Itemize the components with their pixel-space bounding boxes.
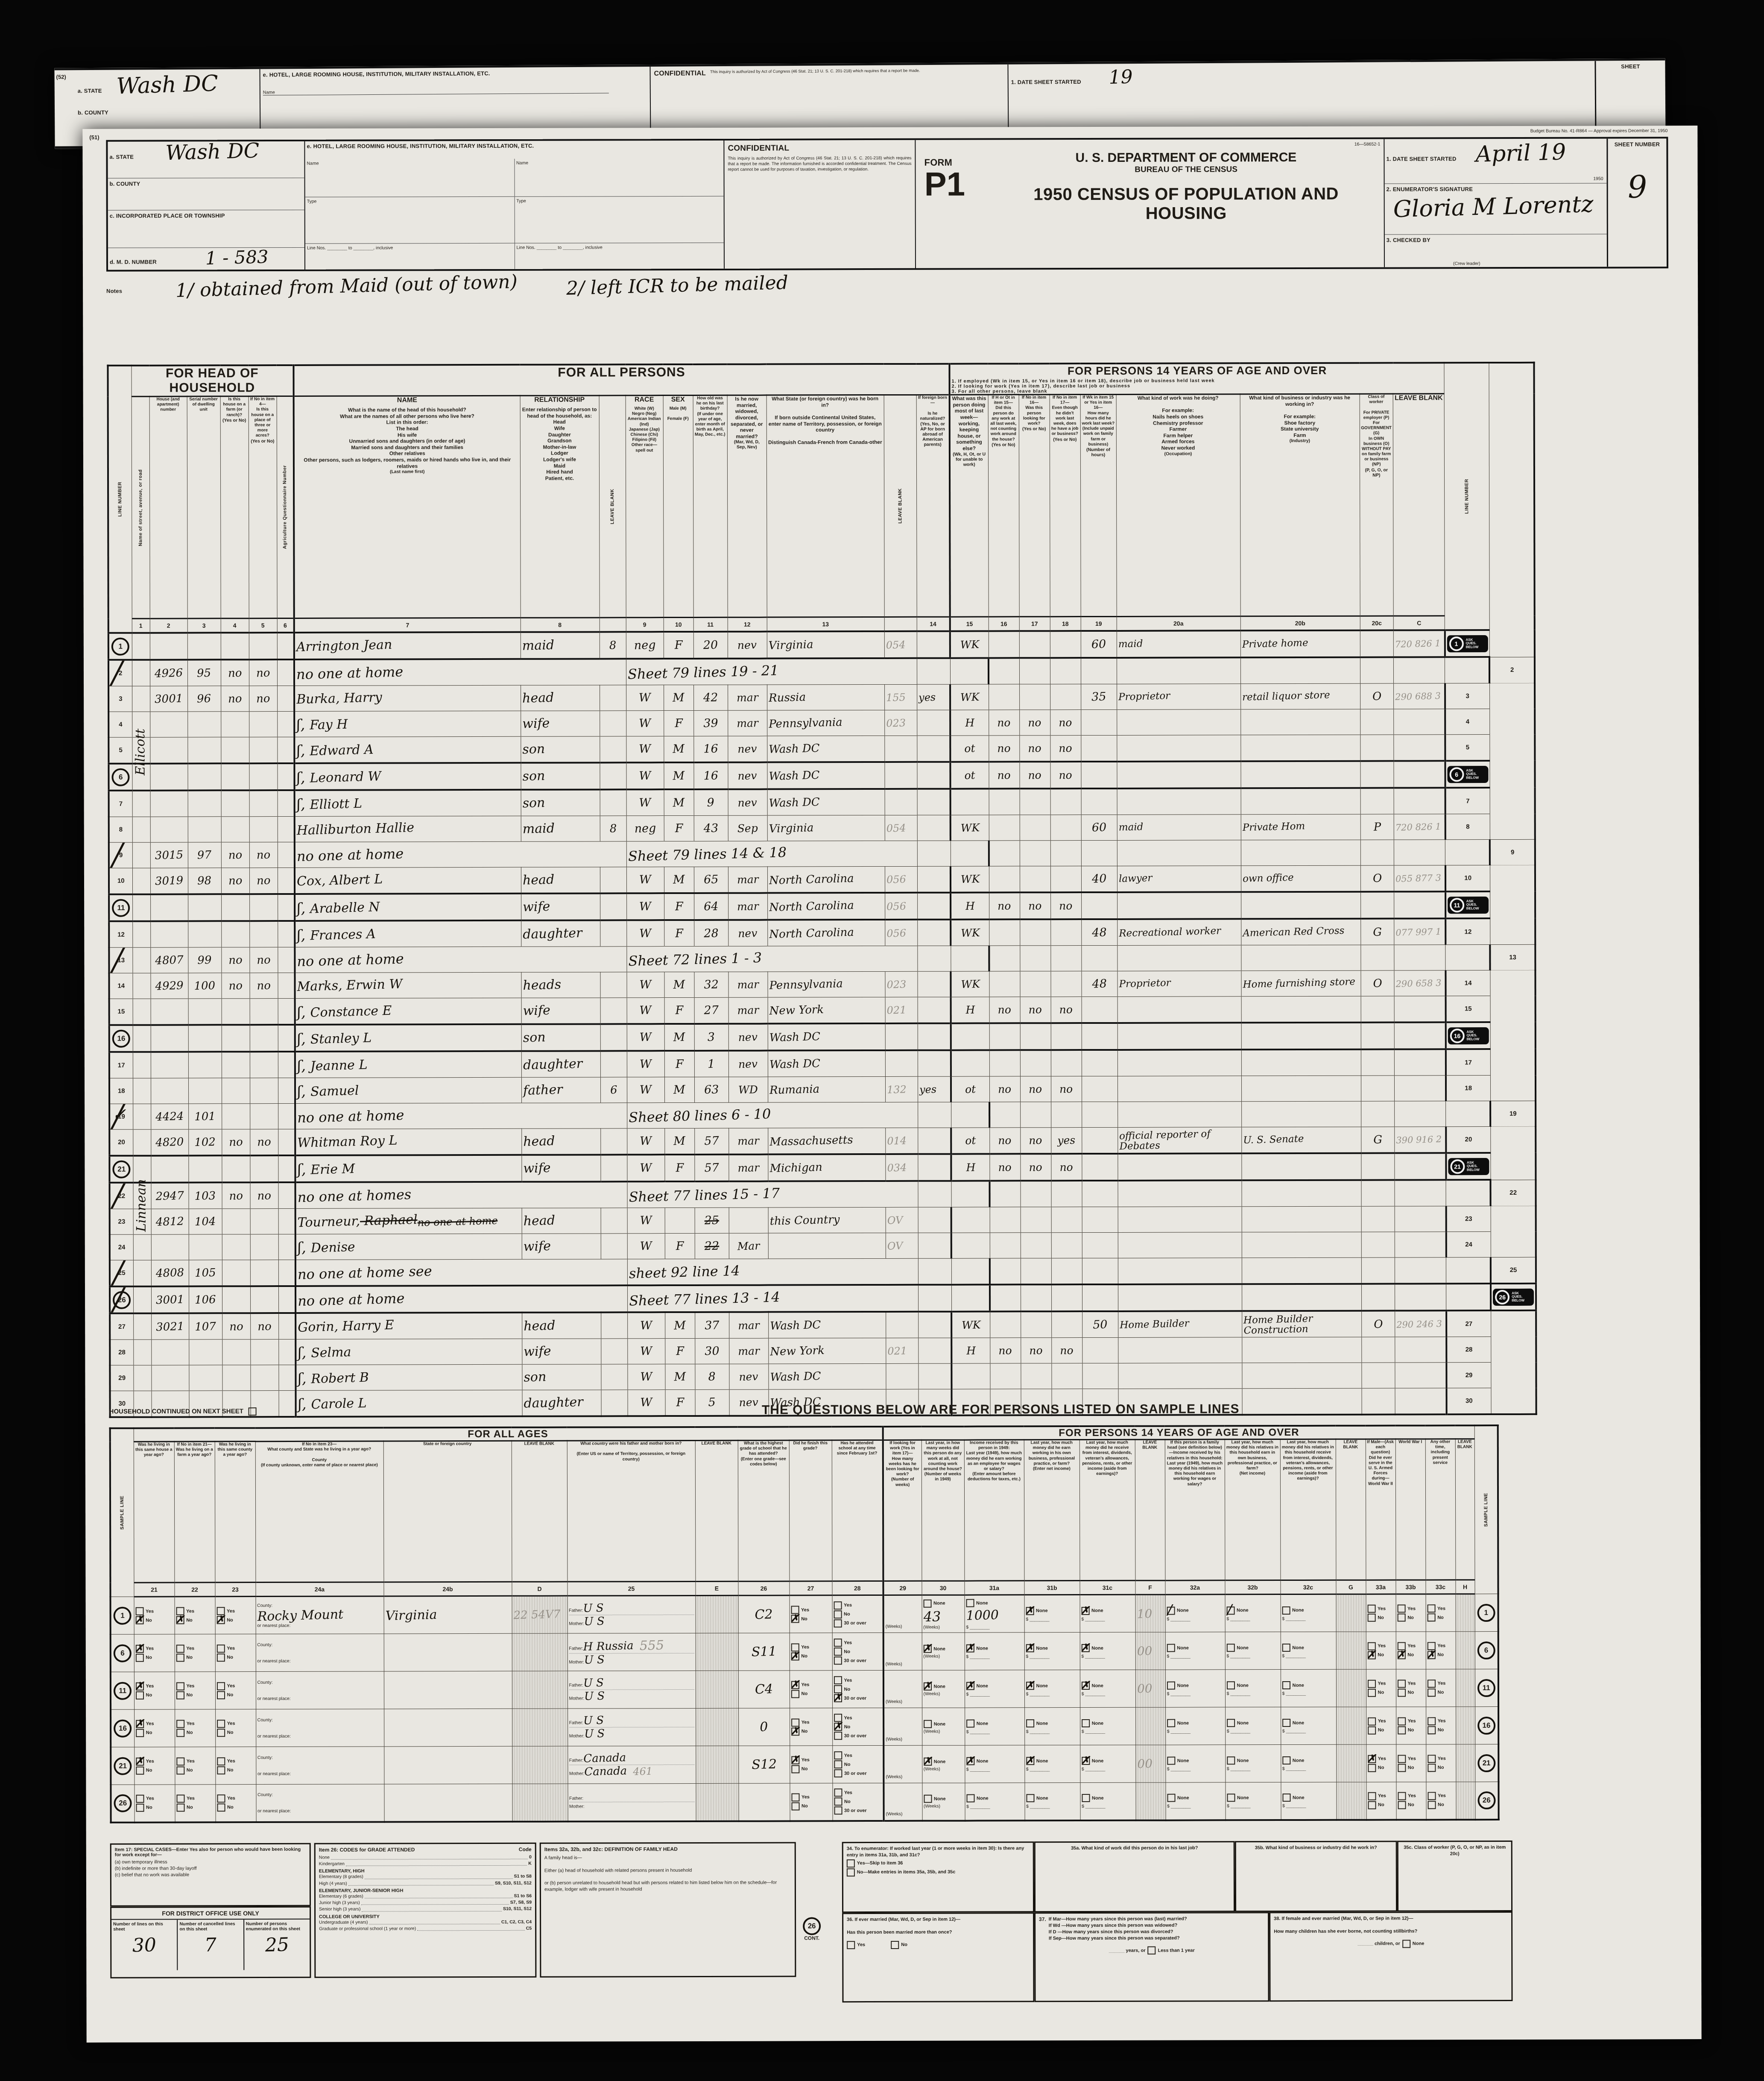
- q21-cell: YesNo: [134, 1709, 175, 1747]
- checkbox-30-or-over: [834, 1619, 842, 1627]
- handwritten-value: U S: [583, 1677, 604, 1690]
- sex-cell: M: [664, 1128, 694, 1155]
- grade-cell: S12: [738, 1746, 790, 1783]
- table-row: 18ʃ, Samuelfather6WM63WDRumania132yesotn…: [109, 1075, 1536, 1104]
- person-name: Gorin, Harry E: [298, 1318, 394, 1335]
- sex-cell: F: [664, 710, 693, 736]
- street-name-text: Ellicott: [133, 729, 148, 776]
- handwritten-value: U S: [584, 1727, 605, 1741]
- date-started-value: April 19: [1475, 139, 1566, 167]
- county-cell: County:or nearest place:: [256, 1709, 384, 1747]
- handwritten-value: 1: [708, 1058, 715, 1071]
- code-a-cell: [600, 1128, 627, 1155]
- acres-cell: [250, 1025, 278, 1052]
- checkbox-no: [135, 1653, 143, 1662]
- q21-cell: YesNo: [134, 1785, 175, 1822]
- handwritten-value: no: [998, 769, 1011, 782]
- finished-grade-cell: YesNo: [790, 1783, 832, 1821]
- worked-cell: no: [989, 710, 1019, 736]
- looking-cell: no: [1020, 1128, 1051, 1154]
- occupation-cell: Home Builder: [1118, 1311, 1242, 1337]
- farm-cell: [222, 1104, 250, 1129]
- agq-cell: [278, 1234, 295, 1260]
- worked-cell: [989, 866, 1020, 893]
- serial-cell: 107: [189, 1313, 222, 1339]
- hasjob-cell: no: [1051, 1076, 1082, 1102]
- relationship-cell: wife: [521, 711, 600, 736]
- looking-cell: [1020, 919, 1050, 946]
- looking-cell: [1020, 1050, 1051, 1076]
- checkbox-yes: [1397, 1604, 1405, 1612]
- scanned-1950-census-document: { "prev": { "label": "(52)", "state_labe…: [0, 0, 1764, 2081]
- item36-yes-label: Yes: [857, 1942, 865, 1947]
- bureau-title: BUREAU OF THE CENSUS: [992, 165, 1380, 175]
- handwritten-value: W: [639, 1004, 652, 1017]
- doing-cell: H: [951, 893, 989, 920]
- handwritten-value: W: [639, 978, 652, 992]
- marital-cell: nev: [728, 1051, 768, 1077]
- place-label: c. INCORPORATED PLACE OR TOWNSHIP: [110, 212, 225, 219]
- doing-cell: ot: [950, 762, 989, 789]
- age-cell: 63: [694, 1077, 728, 1102]
- hasjob-cell: [1051, 1023, 1082, 1050]
- handwritten-value: WD: [738, 1083, 758, 1096]
- handwritten-value: F: [675, 1004, 684, 1017]
- class-of-worker-cell: [1395, 1101, 1446, 1127]
- sample-question-q28: Has he attended school at any time since…: [832, 1440, 883, 1581]
- handwritten-value: retail liquor store: [1242, 690, 1330, 703]
- sample-line-number: 6: [111, 1634, 134, 1672]
- checkbox-yes: [1398, 1755, 1406, 1763]
- leave-blank-f-cell: [1135, 1707, 1165, 1745]
- section-for-all-ages: FOR ALL AGES: [134, 1427, 883, 1442]
- line-number-right-cell: 23: [1446, 1206, 1491, 1232]
- item34-box: 34. To enumerator: If worked last year (…: [842, 1841, 1034, 1913]
- other-service-cell: YesNo: [1426, 1669, 1456, 1707]
- code-a-cell: [600, 920, 626, 947]
- sheet-label: (51): [89, 134, 99, 141]
- district-col-label: Number of lines on this sheet: [113, 1922, 175, 1932]
- serial-cell: [188, 894, 221, 921]
- handwritten-value: no: [257, 979, 271, 992]
- handwritten-value: Wash DC: [769, 1318, 821, 1332]
- birthplace-cell: Wash DC: [768, 1364, 886, 1390]
- name-cell: ʃ, Arabelle N: [295, 894, 521, 921]
- line-number-right-cell: 24: [1446, 1232, 1491, 1257]
- handwritten-value: W: [639, 873, 652, 887]
- district-col-2: Number of persons enumerated on this she…: [244, 1920, 310, 1970]
- item35a-box: 35a. What kind of work did this person d…: [1034, 1841, 1235, 1912]
- worked-cell: no: [990, 1338, 1021, 1363]
- name-text: Frances A: [310, 926, 376, 943]
- doing-cell: H: [951, 997, 989, 1023]
- house-cell: [150, 763, 187, 790]
- handwritten-value: M: [673, 796, 685, 810]
- agq-cell: [278, 1339, 295, 1365]
- county-label: b. COUNTY: [110, 181, 140, 187]
- column-number-serial: 3: [187, 618, 221, 633]
- finished-grade-cell: YesNo: [790, 1595, 832, 1633]
- looking-cell: [1019, 684, 1050, 710]
- no-one-at-home-note: no one at home: [295, 947, 626, 973]
- acres-cell: [250, 1155, 278, 1182]
- sex-cell: M: [664, 789, 694, 816]
- line-number-right-cell: 11ASK QUES. BELOW: [1445, 891, 1490, 918]
- hasjob-cell: [1050, 684, 1081, 710]
- table-row: 144929100nonoMarks, Erwin WheadsWM32marP…: [109, 970, 1535, 999]
- column-question-foot: (Occupation): [1164, 451, 1192, 456]
- hasjob-cell: no: [1051, 1154, 1082, 1181]
- ask-questions-below-stamp: 1ASK QUES. BELOW: [1447, 635, 1488, 652]
- sample-number-q30: 30: [921, 1581, 964, 1595]
- line-number-cell: 25╱: [110, 1260, 133, 1287]
- column-question-serial: Serial number of dwelling unit: [187, 396, 221, 618]
- acres-cell: [249, 921, 278, 947]
- column-question-occ: What kind of work was he doing? For exam…: [1116, 394, 1240, 617]
- handwritten-value: 4812: [155, 1215, 184, 1228]
- name-cell: ʃ, Denise: [295, 1234, 522, 1260]
- name-cell: Whitman Roy L: [295, 1128, 521, 1155]
- race-cell: W: [626, 685, 664, 711]
- leave-blank-d-cell: 22 54V7: [512, 1596, 568, 1633]
- house-cell: 4424: [151, 1104, 188, 1129]
- sample-question-H: LEAVE BLANK: [1455, 1439, 1475, 1580]
- handwritten-value: 023: [886, 717, 906, 729]
- relatives-business-cell: None$ ________: [1225, 1782, 1281, 1820]
- hasjob-cell: no: [1051, 997, 1082, 1023]
- checkbox-no: [1368, 1726, 1376, 1734]
- handwritten-value: mar: [737, 873, 758, 886]
- prev-state-label: a. STATE: [78, 88, 102, 94]
- industry-cell: [1360, 657, 1394, 684]
- q23-cell: YesNo: [215, 1597, 256, 1634]
- item37-number: 37.: [1039, 1916, 1046, 1941]
- handwritten-value: 20: [703, 638, 718, 652]
- handwritten-value: wife: [522, 899, 550, 915]
- other-service-cell: YesNo: [1426, 1744, 1456, 1782]
- relationship-cell: head: [521, 1128, 600, 1155]
- handwritten-value: no: [1029, 1083, 1042, 1096]
- line-number-right-cell: 26ASK QUES. BELOW: [1491, 1284, 1536, 1310]
- sex-cell: F: [664, 920, 694, 947]
- person-name: ʃ, Erie M: [297, 1159, 355, 1178]
- leave-blank-e-cell: [696, 1746, 738, 1783]
- checkbox-yes: [1428, 1792, 1436, 1800]
- line-number-cell: 28: [110, 1339, 133, 1365]
- marital-cell: nev: [728, 1024, 768, 1051]
- handwritten-value: 6: [610, 1084, 617, 1096]
- looking-cell: no: [1021, 1338, 1051, 1363]
- code-c-cell: [1445, 657, 1490, 683]
- person-name: ʃ, Samuel: [297, 1081, 359, 1100]
- handwritten-value: no: [1059, 900, 1073, 912]
- code-b-cell: 054: [884, 631, 917, 658]
- handwritten-value: New York: [769, 1344, 824, 1358]
- class-of-worker-cell: [1395, 1284, 1446, 1310]
- name-text: Whitman Roy L: [297, 1133, 398, 1151]
- handwritten-value: wife: [523, 1239, 551, 1254]
- naturalized-cell: [917, 631, 950, 658]
- marital-cell: nev: [728, 789, 767, 816]
- farm-cell: [221, 790, 249, 817]
- looking-cell: [1019, 631, 1050, 658]
- finished-grade-cell: YesNo: [790, 1746, 832, 1783]
- race-cell: W: [627, 1155, 664, 1181]
- column-number-a: [600, 618, 626, 632]
- other-service-cell: YesNo: [1426, 1594, 1456, 1632]
- checkbox-no: [1427, 1651, 1435, 1659]
- checkbox-no: [136, 1729, 144, 1737]
- checkbox-no: [135, 1691, 143, 1699]
- leave-blank-d-cell: [512, 1746, 568, 1784]
- handwritten-value: no: [229, 1135, 243, 1149]
- note-line-2: 2/ left ICR to be mailed: [566, 272, 788, 299]
- code-c-cell: 290 246 3: [1395, 1310, 1446, 1337]
- code-c-cell: [1394, 709, 1445, 735]
- sample-question-q27: Did he finish this grade?: [789, 1440, 832, 1581]
- naturalized-cell: [918, 1154, 951, 1181]
- looking-cell: [1020, 866, 1050, 893]
- checkbox-yes: [176, 1644, 184, 1653]
- column-number-d18: 18: [1050, 617, 1081, 631]
- handwritten-value: no: [257, 1135, 271, 1149]
- sheet-number-label: SHEET NUMBER: [1610, 141, 1664, 147]
- codes-row: Elementary (8 grades)S1 to S8: [319, 1873, 532, 1880]
- no-one-at-home-note: no one at home: [294, 659, 626, 686]
- naturalized-cell: [951, 841, 989, 866]
- ditto-flourish: ʃ,: [297, 926, 310, 944]
- farm-cell: no: [222, 1129, 250, 1156]
- handwritten-value: W: [640, 1083, 652, 1097]
- acres-cell: [249, 712, 277, 737]
- handwritten-value: no: [998, 900, 1011, 912]
- code-c-cell: [1395, 1153, 1446, 1180]
- age-cell: 39: [693, 710, 728, 736]
- handwritten-value: 014: [886, 1134, 907, 1147]
- codes-row: Undergraduate (4 years)C1, C2, C3, C4: [319, 1919, 532, 1926]
- code-b-cell: 132: [885, 1076, 918, 1102]
- code-c-cell: [1394, 735, 1445, 761]
- column-question-text: Serial number of dwelling unit: [188, 397, 219, 413]
- handwritten-value: no: [1059, 716, 1072, 729]
- checkbox-yes: [834, 1601, 842, 1609]
- parents-birthplace-cell: Father:U SMother:U S: [568, 1595, 696, 1633]
- handwritten-value: 077 997 1: [1395, 926, 1441, 938]
- hours-cell: [1081, 709, 1117, 735]
- doing-cell: ot: [951, 1076, 989, 1102]
- worked-cell: [989, 631, 1019, 658]
- column-question-foot: (Industry): [1290, 438, 1310, 443]
- handwritten-value: 021: [887, 1345, 907, 1357]
- line26-cont-ring: 26: [803, 1917, 821, 1935]
- sample-question-b32: Last year, how much money did his relati…: [1225, 1439, 1281, 1580]
- handwritten-value: Sheet 77 lines 15 - 17: [629, 1185, 780, 1205]
- sample-number-F: F: [1135, 1580, 1165, 1594]
- column-number-d15: 15: [950, 617, 989, 631]
- handwritten-value: no: [1028, 742, 1041, 755]
- doing-cell: WK: [951, 815, 989, 841]
- line-number-right-cell: 21ASK QUES. BELOW: [1446, 1153, 1491, 1180]
- ditto-flourish: ʃ,: [296, 769, 310, 786]
- sex-cell: F: [664, 815, 694, 841]
- handwritten-value: 8: [708, 1370, 716, 1383]
- sex-cell: M: [665, 1364, 695, 1389]
- handwritten-value: U S: [583, 1714, 604, 1727]
- column-question-ind: What kind of business or industry was he…: [1240, 394, 1360, 616]
- sample-line-number: 21: [111, 1747, 134, 1785]
- column-question-text: What kind of business or industry was he…: [1241, 395, 1358, 439]
- handwritten-value: head: [523, 1213, 555, 1229]
- handwritten-value: no one at home: [296, 663, 404, 683]
- ask-questions-below-stamp: 11ASK QUES. BELOW: [1448, 897, 1489, 914]
- class-of-worker-cell: [1360, 892, 1394, 919]
- sample-line-ring: 16: [112, 1029, 130, 1047]
- handwritten-value: W: [639, 1031, 652, 1044]
- leave-blank-h-cell: [1456, 1707, 1475, 1744]
- handwritten-value: Sep: [737, 822, 758, 835]
- sample-question-b31: Last year, how much money did he earn wo…: [1024, 1440, 1080, 1581]
- relatives-other-income-cell: None$ ________: [1281, 1632, 1336, 1669]
- handwritten-value: no: [1059, 1083, 1073, 1096]
- column-number-occ: 20a: [1117, 616, 1240, 631]
- handwritten-value: 021: [886, 1004, 907, 1016]
- code-a-cell: [600, 998, 627, 1024]
- serial-cell: 100: [188, 973, 221, 999]
- handwritten-value: C4: [755, 1682, 773, 1697]
- acres-cell: no: [250, 1182, 278, 1209]
- handwritten-value: no: [1059, 1003, 1073, 1016]
- industry-cell: [1241, 996, 1361, 1023]
- q23-cell: YesNo: [215, 1747, 256, 1785]
- handwritten-value: no: [1028, 769, 1042, 782]
- handwritten-value: no: [997, 716, 1011, 729]
- handwritten-value: W: [639, 691, 651, 705]
- section-14-notes: 1. If employed (Wk in item 15, or Yes in…: [952, 378, 1443, 394]
- handwritten-value: wife: [523, 1003, 550, 1019]
- code-a-cell: [600, 711, 626, 736]
- line-number-right-cell: 28: [1446, 1337, 1491, 1363]
- handwritten-value: Wash DC: [770, 1369, 821, 1383]
- relatives-business-cell: None$ ________: [1225, 1670, 1281, 1707]
- handwritten-value: 27: [704, 1003, 719, 1017]
- code-c-cell: [1394, 996, 1445, 1023]
- county-cell: County:or nearest place:: [256, 1671, 384, 1709]
- handwritten-value: 8: [609, 639, 616, 652]
- code-b-cell: 056: [885, 893, 917, 920]
- handwritten-value: no: [256, 874, 270, 887]
- house-cell: [151, 1155, 188, 1182]
- weeks-looking-cell: (Weeks): [883, 1595, 922, 1633]
- sample-number-q23: 23: [215, 1583, 255, 1597]
- race-cell: W: [626, 736, 664, 763]
- leave-blank-f-cell: 00: [1135, 1632, 1165, 1670]
- hours-cell: [1081, 892, 1117, 919]
- checkbox-yes: [176, 1720, 184, 1728]
- person-name: ʃ, Fay H: [296, 715, 348, 733]
- column-question-text: If Wk in item 15 or Yes in item 16— How …: [1082, 395, 1115, 447]
- naturalized-cell: [918, 1023, 951, 1050]
- handwritten-value: no: [256, 666, 270, 680]
- code-a-cell: [600, 789, 626, 816]
- leave-blank-e-cell: [696, 1708, 738, 1746]
- naturalized-cell: [917, 789, 951, 815]
- hasjob-cell: [1050, 788, 1081, 815]
- acres-cell: [249, 894, 278, 921]
- code-c-cell: 290 658 3: [1394, 970, 1445, 996]
- worked-cell: no: [989, 997, 1020, 1023]
- ditto-flourish: ʃ,: [297, 1030, 310, 1048]
- handwritten-value: W: [640, 1370, 652, 1384]
- sample-line-number: 11: [111, 1672, 134, 1709]
- industry-cell: [1240, 761, 1360, 788]
- item17-box: Item 17: SPECIAL CASES—Enter Yes also fo…: [110, 1843, 311, 1907]
- code-b-cell: OV: [886, 1233, 918, 1258]
- code-b-cell: 155: [884, 684, 917, 710]
- notes-label: Notes: [106, 288, 122, 294]
- acres-cell: [250, 1234, 278, 1260]
- handwritten-value: 00: [1137, 1756, 1153, 1771]
- q21-cell: YesNo: [134, 1747, 175, 1785]
- looking-cell: no: [1020, 892, 1050, 919]
- prev-sheet-number-label: SHEET: [1598, 63, 1662, 70]
- sample-row: 6YesNoYesNoYesNoCounty:or nearest place:…: [111, 1632, 1498, 1672]
- acres-cell: no: [249, 659, 277, 686]
- handwritten-value: W: [639, 717, 651, 730]
- handwritten-value: M: [673, 1031, 685, 1044]
- birthplace-cell: North Carolina: [767, 867, 885, 893]
- handwritten-value: 16: [703, 742, 718, 756]
- ditto-flourish: ʃ,: [296, 742, 310, 759]
- sample-row: 26YesNoYesNoYesNoCounty:or nearest place…: [111, 1782, 1498, 1823]
- relationship-cell: head: [521, 685, 600, 711]
- farm-cell: [222, 1260, 250, 1287]
- finished-grade-cell: YesNo: [790, 1671, 832, 1708]
- handwritten-value: Canada: [584, 1764, 627, 1779]
- class-of-worker-cell: [1361, 1337, 1395, 1363]
- code-b-cell: OV: [886, 1207, 918, 1233]
- leave-blank-g-cell: [1336, 1744, 1366, 1782]
- cancel-mark: ╱: [111, 842, 127, 868]
- checkbox-no: [1368, 1764, 1376, 1772]
- industry-cell: [1240, 709, 1360, 735]
- code-b-cell: 021: [886, 1338, 918, 1363]
- wages-income-cell: None$ ________: [965, 1708, 1024, 1745]
- code-a-cell: [600, 1155, 627, 1181]
- farm-cell: no: [221, 659, 249, 686]
- code-b-cell: [886, 1312, 918, 1338]
- sample-question-c32: Last year, how much money did his relati…: [1280, 1439, 1336, 1580]
- checkbox-no: [216, 1653, 225, 1662]
- line-number-right-cell: 4: [1445, 709, 1490, 735]
- checkbox-yes: [1398, 1717, 1406, 1725]
- handwritten-value: W: [639, 742, 651, 756]
- handwritten-value: official reporter of Debates: [1119, 1128, 1240, 1152]
- sex-cell: M: [664, 685, 693, 710]
- code-b-cell: [884, 762, 917, 789]
- handwritten-value: ot: [965, 1083, 976, 1096]
- stamp-text: ASK QUES. BELOW: [1466, 900, 1479, 910]
- handwritten-value: no: [257, 953, 271, 967]
- sample-number-q27: 27: [789, 1581, 832, 1595]
- hours-cell: [1117, 945, 1241, 971]
- handwritten-value: ot: [964, 742, 975, 755]
- handwritten-value: American Red Cross: [1242, 926, 1344, 938]
- district-office-title: FOR DISTRICT OFFICE USE ONLY: [111, 1908, 310, 1920]
- person-name: ʃ, Denise: [297, 1237, 355, 1256]
- item34-yes-checkbox: [847, 1859, 855, 1867]
- hours-cell: [1082, 1363, 1118, 1389]
- weeks-looking-cell: (Weeks): [883, 1708, 922, 1745]
